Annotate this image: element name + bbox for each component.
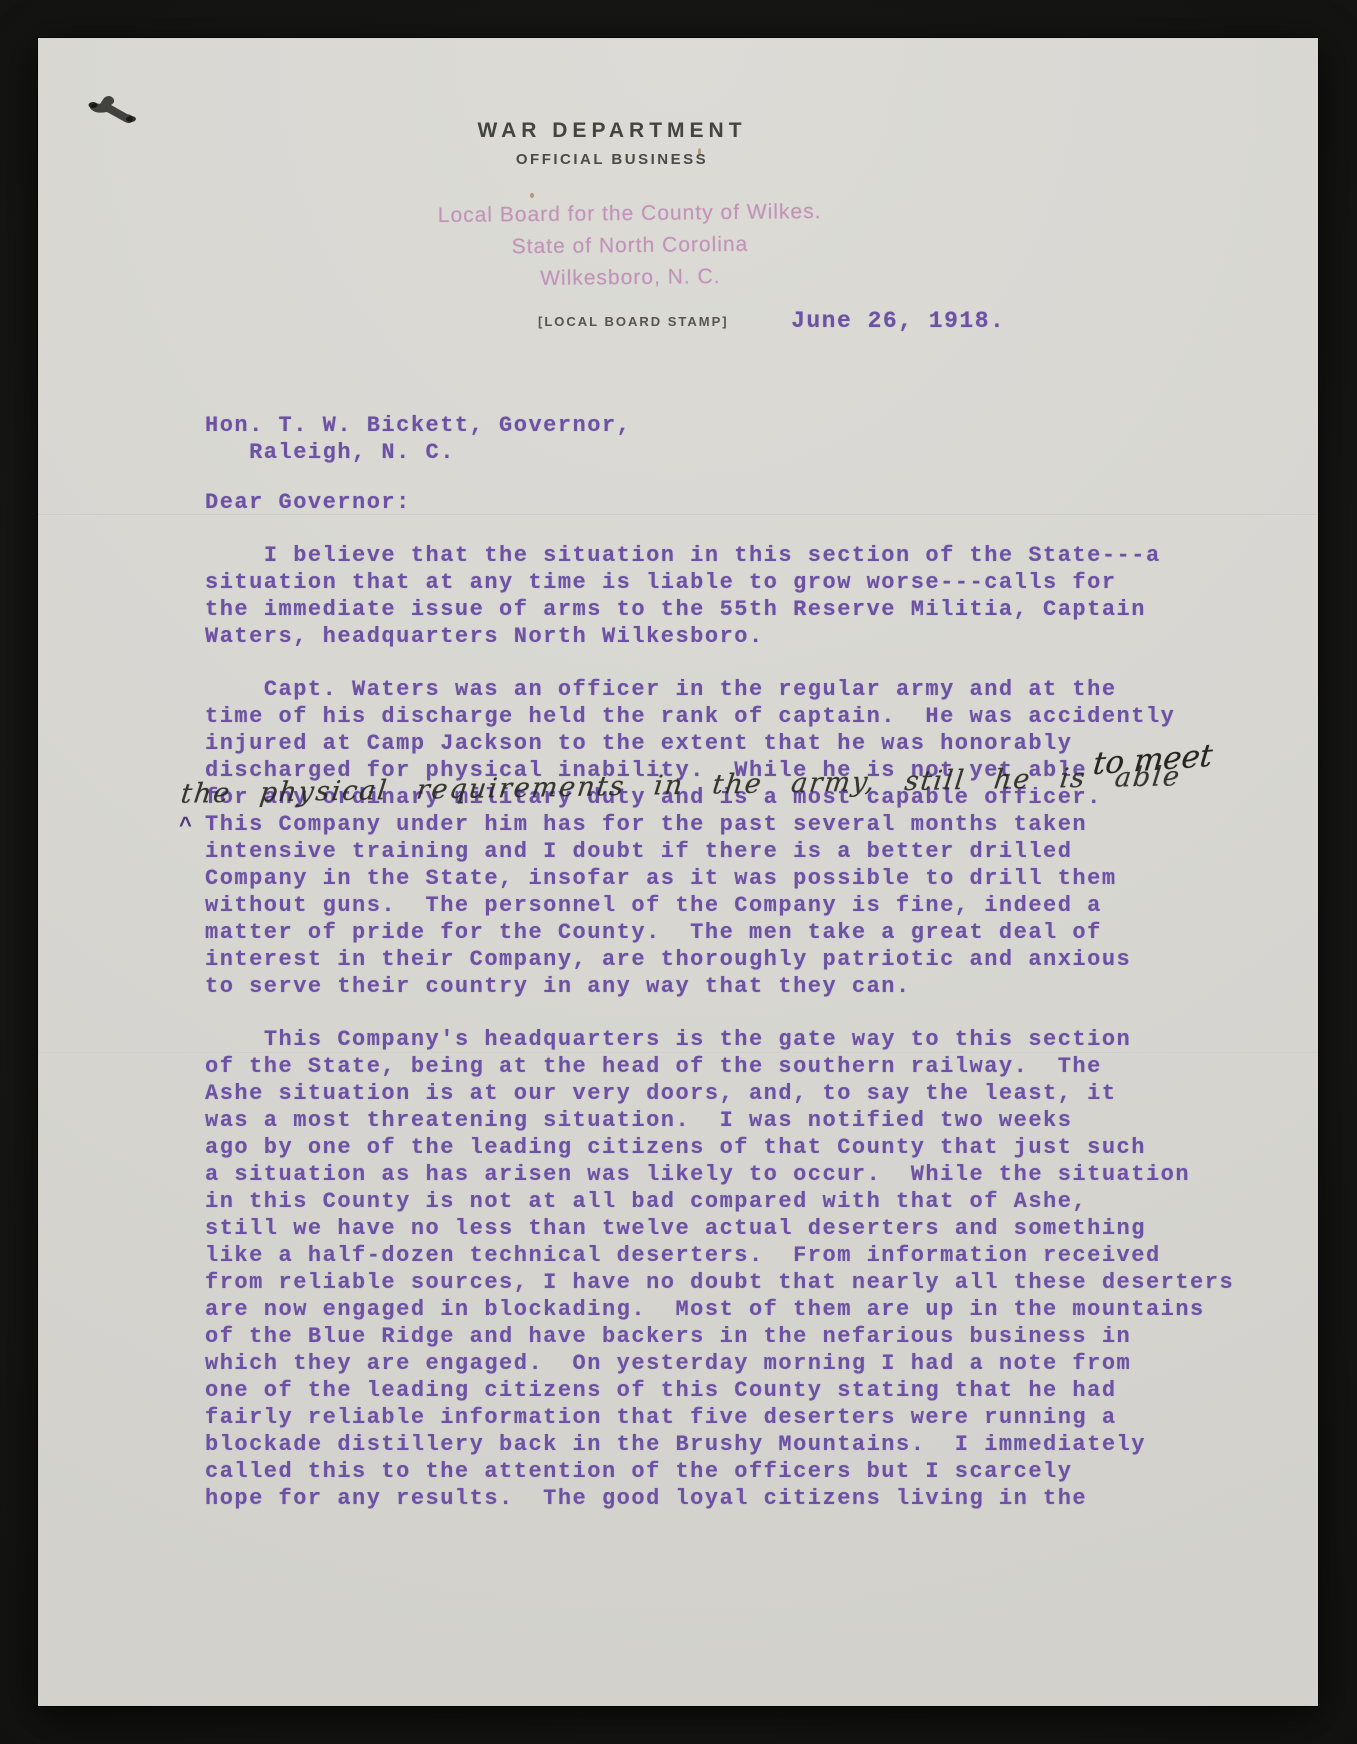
local-board-stamp: Local Board for the County of Wilkes. St… xyxy=(0,191,1270,300)
paragraph-1: I believe that the situation in this sec… xyxy=(205,542,1258,650)
recipient-address: Hon. T. W. Bickett, Governor, Raleigh, N… xyxy=(205,412,1258,466)
salutation: Dear Governor: xyxy=(205,489,1258,516)
letter-page: WAR DEPARTMENT OFFICIAL BUSINESS Local B… xyxy=(38,38,1318,1706)
letter-body: Hon. T. W. Bickett, Governor, Raleigh, N… xyxy=(38,412,1318,1512)
letterhead: WAR DEPARTMENT OFFICIAL BUSINESS xyxy=(0,38,1252,168)
stamp-placement-label: [LOCAL BOARD STAMP] xyxy=(538,314,729,329)
paragraph-3: This Company's headquarters is the gate … xyxy=(205,1026,1258,1512)
letterhead-title: WAR DEPARTMENT xyxy=(0,118,1252,144)
letterhead-subtitle: OFFICIAL BUSINESS xyxy=(0,151,1252,168)
scan-background: WAR DEPARTMENT OFFICIAL BUSINESS Local B… xyxy=(0,0,1357,1744)
date-row: [LOCAL BOARD STAMP] June 26, 1918. xyxy=(38,308,1318,336)
letter-date: June 26, 1918. xyxy=(791,308,1005,334)
paragraph-2-text: Capt. Waters was an officer in the regul… xyxy=(205,676,1258,1000)
paragraph-2: Capt. Waters was an officer in the regul… xyxy=(205,676,1258,1000)
insertion-caret: ^ xyxy=(179,814,192,839)
paper-speck xyxy=(530,193,534,198)
